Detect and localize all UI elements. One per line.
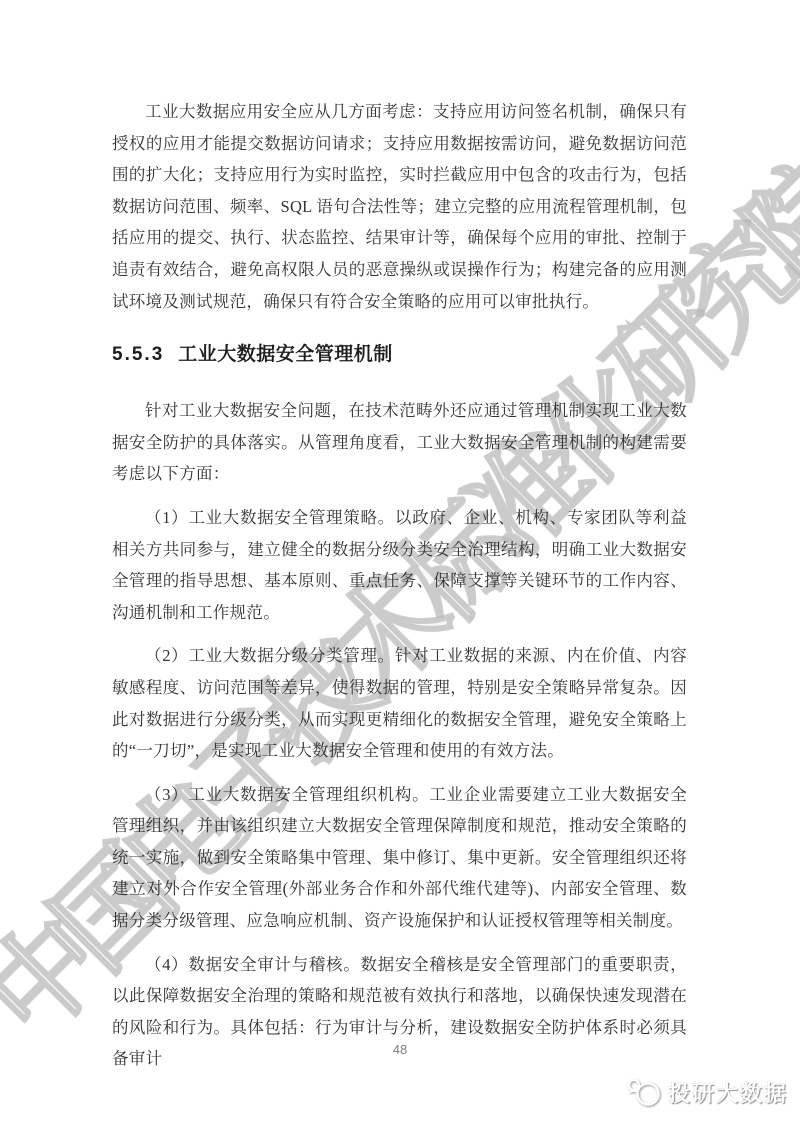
paragraph-item-3-management-organization: （3）工业大数据安全管理组织机构。工业企业需要建立工业大数据安全管理组织，并由该… [112, 779, 687, 937]
brand-logo: 投研大数据 [626, 1076, 788, 1108]
paragraph-item-2-classification-management: （2）工业大数据分级分类管理。针对工业数据的来源、内在价值、内容敏感程度、访问范… [112, 640, 687, 766]
paragraph-management-intro: 针对工业大数据安全问题，在技术范畴外还应通过管理机制实现工业大数据安全防护的具体… [112, 395, 687, 490]
page-content: 工业大数据应用安全应从几方面考虑：支持应用访问签名机制，确保只有授权的应用才能提… [0, 0, 800, 1075]
page-number: 48 [0, 1042, 800, 1057]
paragraph-item-1-management-strategy: （1）工业大数据安全管理策略。以政府、企业、机构、专家团队等利益相关方共同参与，… [112, 502, 687, 628]
document-page: 中国电子技术标准化研究院 工业大数据应用安全应从几方面考虑：支持应用访问签名机制… [0, 0, 800, 1131]
section-title: 工业大数据安全管理机制 [178, 344, 393, 365]
section-heading: 5.5.3工业大数据安全管理机制 [112, 341, 687, 369]
circles-logo-icon [626, 1076, 662, 1108]
paragraph-application-security: 工业大数据应用安全应从几方面考虑：支持应用访问签名机制，确保只有授权的应用才能提… [112, 96, 687, 317]
section-number: 5.5.3 [112, 344, 164, 365]
brand-logo-text: 投研大数据 [668, 1077, 788, 1108]
